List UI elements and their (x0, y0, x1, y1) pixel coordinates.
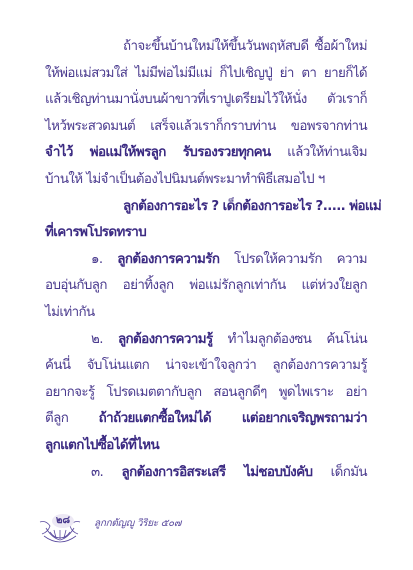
body-text: ถ้าจะขึ้นบ้านใหม่ให้ขึ้นวันพฤหัสบดี ซื้อ… (123, 39, 367, 54)
bold-text: จำไว้ พ่อแม่ให้พรลูก รับรองรวยทุกคน (45, 145, 271, 160)
bold-text: ลูกต้องการอะไร ? เด็กต้องการอะไร ?..... … (123, 199, 381, 214)
body-text: ๓. (91, 465, 121, 480)
body-text: ๒. (91, 332, 118, 347)
bold-text: ลูกต้องการความรัก (117, 252, 219, 267)
text-line: ๒. ลูกต้องการความรู้ ทำไมลูกต้องซน ค้นโน… (45, 327, 367, 354)
bold-text: ถ้าถ้วยแตกซื้อใหม่ได้ แต่อยากเจริญพรถามว… (99, 411, 367, 426)
text-line: จำไว้ พ่อแม่ให้พรลูก รับรองรวยทุกคน แล้ว… (45, 140, 367, 167)
text-line: อยากจะรู้ โปรดเมตตากับลูก สอนลูกดีๆ พูดไ… (45, 380, 367, 407)
text-line: ที่เคารพโปรดทราบ (45, 220, 367, 247)
text-line: ไม่เท่ากัน (45, 300, 367, 327)
text-line: ๑. ลูกต้องการความรัก โปรดให้ความรัก ความ (45, 247, 367, 274)
text-line: อบอุ่นกับลูก อย่าทิ้งลูก พ่อแม่รักลูกเท่… (45, 273, 367, 300)
body-text: อบอุ่นกับลูก อย่าทิ้งลูก พ่อแม่รักลูกเท่… (45, 278, 367, 293)
body-text: อยากจะรู้ โปรดเมตตากับลูก สอนลูกดีๆ พูดไ… (45, 385, 367, 400)
text-line: บ้านให้ ไม่จำเป็นต้องไปนิมนต์พระมาทำพิธี… (45, 167, 367, 194)
body-text: ไม่เท่ากัน (45, 305, 95, 320)
text-line: ลูกต้องการอะไร ? เด็กต้องการอะไร ?..... … (45, 194, 367, 221)
bold-text: ลูกต้องการความรู้ (118, 332, 213, 347)
page-number: ๒๘ (52, 514, 74, 528)
body-text: บ้านให้ ไม่จำเป็นต้องไปนิมนต์พระมาทำพิธี… (45, 172, 325, 187)
book-title: ลูกกตัญญู วิริยะ ๕๐๗ (94, 516, 181, 531)
text-line: ค้นนี่ จับโน่นแตก น่าจะเข้าใจลูกว่า ลูกต… (45, 353, 367, 380)
page-footer: ๒๘ ลูกกตัญญู วิริยะ ๕๐๗ (36, 508, 236, 544)
text-line: แล้วเชิญท่านมานั่งบนผ้าขาวที่เราปูเตรียม… (45, 87, 367, 114)
body-text: ไหว้พระสวดมนต์ เสร็จแล้วเราก็กราบท่าน ขอ… (45, 119, 367, 134)
body-text: ให้พ่อแม่สวมใส่ ไม่มีพ่อไม่มีแม่ ก็ไปเชิ… (45, 66, 367, 81)
body-text: เด็กมัน (312, 465, 367, 480)
text-line: ตีลูก ถ้าถ้วยแตกซื้อใหม่ได้ แต่อยากเจริญ… (45, 406, 367, 433)
bold-text: ลูกแตกไปซื้อได้ที่ไหน (45, 438, 159, 453)
text-line: ๓. ลูกต้องการอิสระเสรี ไม่ชอบบังคับ เด็ก… (45, 460, 367, 487)
document-body: ถ้าจะขึ้นบ้านใหม่ให้ขึ้นวันพฤหัสบดี ซื้อ… (45, 34, 367, 486)
body-text: ค้นนี่ จับโน่นแตก น่าจะเข้าใจลูกว่า ลูกต… (45, 358, 367, 373)
body-text: ๑. (91, 252, 117, 267)
bold-text: ลูกต้องการอิสระเสรี ไม่ชอบบังคับ (121, 465, 312, 480)
body-text: ตีลูก (45, 411, 99, 426)
body-text: แล้วเชิญท่านมานั่งบนผ้าขาวที่เราปูเตรียม… (45, 92, 367, 107)
body-text: ทำไมลูกต้องซน ค้นโน่น (213, 332, 367, 347)
body-text: โปรดให้ความรัก ความ (219, 252, 367, 267)
body-text: แล้วให้ท่านเจิม (271, 145, 367, 160)
bold-text: ที่เคารพโปรดทราบ (45, 225, 146, 240)
text-line: ลูกแตกไปซื้อได้ที่ไหน (45, 433, 367, 460)
text-line: ไหว้พระสวดมนต์ เสร็จแล้วเราก็กราบท่าน ขอ… (45, 114, 367, 141)
text-line: ให้พ่อแม่สวมใส่ ไม่มีพ่อไม่มีแม่ ก็ไปเชิ… (45, 61, 367, 88)
text-line: ถ้าจะขึ้นบ้านใหม่ให้ขึ้นวันพฤหัสบดี ซื้อ… (45, 34, 367, 61)
